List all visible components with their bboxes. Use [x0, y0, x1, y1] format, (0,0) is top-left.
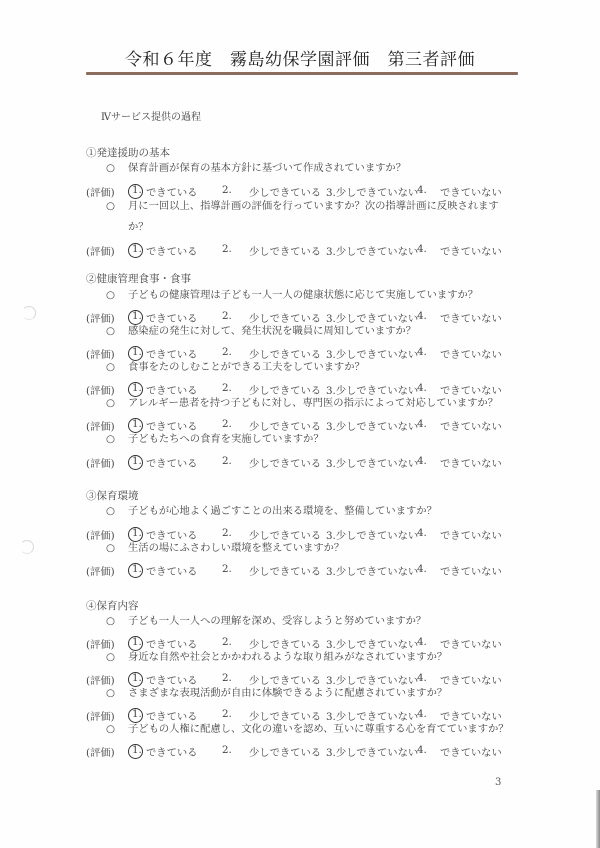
question-text: 生活の場にふさわしい環境を整えていますか？: [128, 542, 344, 554]
page-title: 令和６年度 霧島幼保学園評価 第三者評価: [0, 45, 600, 70]
scan-edge-shadow: [596, 790, 600, 848]
option-1-text: できている: [146, 744, 197, 759]
rating-label: (評価): [86, 744, 115, 759]
option-3[interactable]: 3.少しできていない: [326, 455, 418, 470]
question-text: 食事をたのしむことができる工夫をしていますか？: [128, 361, 365, 373]
option-4-text: できていない: [440, 455, 502, 470]
option-1-num[interactable]: 1.: [132, 563, 142, 575]
question-item: ○身近な自然や社会とかかわれるような取り組みがなされていますか？: [106, 647, 526, 668]
question-text: 保育計画が保育の基本方針に基づいて作成されていますか？: [128, 162, 406, 174]
question-text-continuation: か？: [106, 217, 526, 238]
option-3[interactable]: 3.少しできていない: [326, 744, 418, 759]
bullet-circle-icon: ○: [106, 538, 128, 559]
question-item: ○子どもの健康管理は子ども一人一人の健康状態に応じて実施していますか？: [106, 285, 526, 306]
bullet-circle-icon: ○: [106, 357, 128, 378]
option-4-text: できていない: [440, 744, 502, 759]
question-text: 子どもたちへの食育を実施していますか？: [128, 433, 324, 445]
punch-hole-mark: [22, 306, 36, 320]
option-2-text: 少しできている: [249, 563, 321, 578]
option-2-num[interactable]: 2.: [222, 184, 232, 196]
option-4-num[interactable]: 4.: [417, 455, 427, 467]
rating-label: (評価): [86, 243, 115, 258]
bullet-circle-icon: ○: [106, 429, 128, 450]
option-4-text: できていない: [440, 563, 502, 578]
title-underline: [86, 72, 518, 75]
chapter-heading: Ⅳサービス提供の過程: [101, 108, 201, 123]
bullet-circle-icon: ○: [106, 321, 128, 342]
question-text: 子ども一人一人への理解を深め、受容しようと努めていますか？: [128, 615, 426, 627]
question-item: ○生活の場にふさわしい環境を整えていますか？: [106, 538, 526, 559]
option-1-text: できている: [146, 455, 197, 470]
option-1-text: できている: [146, 243, 197, 258]
option-3[interactable]: 3.少しできていない: [326, 243, 418, 258]
question-item: ○感染症の発生に対して、発生状況を職員に周知していますか？: [106, 321, 526, 342]
option-4-num[interactable]: 4.: [417, 184, 427, 196]
option-2-num[interactable]: 2.: [222, 455, 232, 467]
question-item: ○子どもの人権に配慮し、文化の違いを認め、互いに尊重する心を育てていますか？: [106, 719, 526, 740]
bullet-circle-icon: ○: [106, 647, 128, 668]
question-text: 月に一回以上、指導計画の評価を行っていますか？次の指導計画に反映されます: [128, 200, 499, 212]
section-heading: ②健康管理食事・食事: [86, 271, 191, 286]
rating-label: (評価): [86, 563, 115, 578]
question-item: ○食事をたのしむことができる工夫をしていますか？: [106, 357, 526, 378]
bullet-circle-icon: ○: [106, 393, 128, 414]
option-1-num[interactable]: 1.: [132, 744, 142, 756]
option-1-num[interactable]: 1.: [132, 184, 142, 196]
question-text: さまざまな表現活動が自由に体験できるように配慮されていますか？: [128, 687, 447, 699]
punch-hole-mark: [20, 540, 34, 554]
question-text: アレルギー患者を持つ子どもに対し、専門医の指示によって対応していますか？: [128, 397, 498, 409]
option-4-num[interactable]: 4.: [417, 744, 427, 756]
question-text: 子どもの人権に配慮し、文化の違いを認め、互いに尊重する心を育てていますか？: [128, 723, 509, 735]
option-2-num[interactable]: 2.: [222, 563, 232, 575]
option-2-num[interactable]: 2.: [222, 243, 232, 255]
option-1-num[interactable]: 1.: [132, 243, 142, 255]
option-4-num[interactable]: 4.: [417, 563, 427, 575]
question-item: ○子ども一人一人への理解を深め、受容しようと努めていますか？: [106, 611, 526, 632]
bullet-circle-icon: ○: [106, 285, 128, 306]
question-text: 感染症の発生に対して、発生状況を職員に周知していますか？: [128, 325, 416, 337]
question-item: ○子どもが心地よく過ごすことの出来る環境を、整備していますか？: [106, 501, 526, 522]
bullet-circle-icon: ○: [106, 501, 128, 522]
option-2-text: 少しできている: [249, 455, 321, 470]
question-item: ○子どもたちへの食育を実施していますか？: [106, 429, 526, 450]
question-item: ○保育計画が保育の基本方針に基づいて作成されていますか？: [106, 158, 526, 179]
bullet-circle-icon: ○: [106, 196, 128, 217]
question-text: 子どもが心地よく過ごすことの出来る環境を、整備していますか？: [128, 505, 437, 517]
question-text: 子どもの健康管理は子ども一人一人の健康状態に応じて実施していますか？: [128, 289, 478, 301]
option-4-num[interactable]: 4.: [417, 243, 427, 255]
bullet-circle-icon: ○: [106, 719, 128, 740]
option-4-text: できていない: [440, 243, 502, 258]
question-item: ○アレルギー患者を持つ子どもに対し、専門医の指示によって対応していますか？: [106, 393, 526, 414]
page-number: 3: [495, 777, 501, 788]
option-1-num[interactable]: 1.: [132, 455, 142, 467]
option-3[interactable]: 3.少しできていない: [326, 563, 418, 578]
question-item: ○月に一回以上、指導計画の評価を行っていますか？次の指導計画に反映されます か？: [106, 196, 526, 238]
bullet-circle-icon: ○: [106, 158, 128, 179]
question-text: 身近な自然や社会とかかわれるような取り組みがなされていますか？: [128, 651, 447, 663]
option-1-text: できている: [146, 563, 197, 578]
option-2-num[interactable]: 2.: [222, 744, 232, 756]
rating-label: (評価): [86, 455, 115, 470]
document-page: 令和６年度 霧島幼保学園評価 第三者評価 Ⅳサービス提供の過程 ①発達援助の基本…: [0, 0, 600, 848]
option-2-text: 少しできている: [249, 243, 321, 258]
option-2-text: 少しできている: [249, 744, 321, 759]
bullet-circle-icon: ○: [106, 611, 128, 632]
question-item: ○さまざまな表現活動が自由に体験できるように配慮されていますか？: [106, 683, 526, 704]
bullet-circle-icon: ○: [106, 683, 128, 704]
